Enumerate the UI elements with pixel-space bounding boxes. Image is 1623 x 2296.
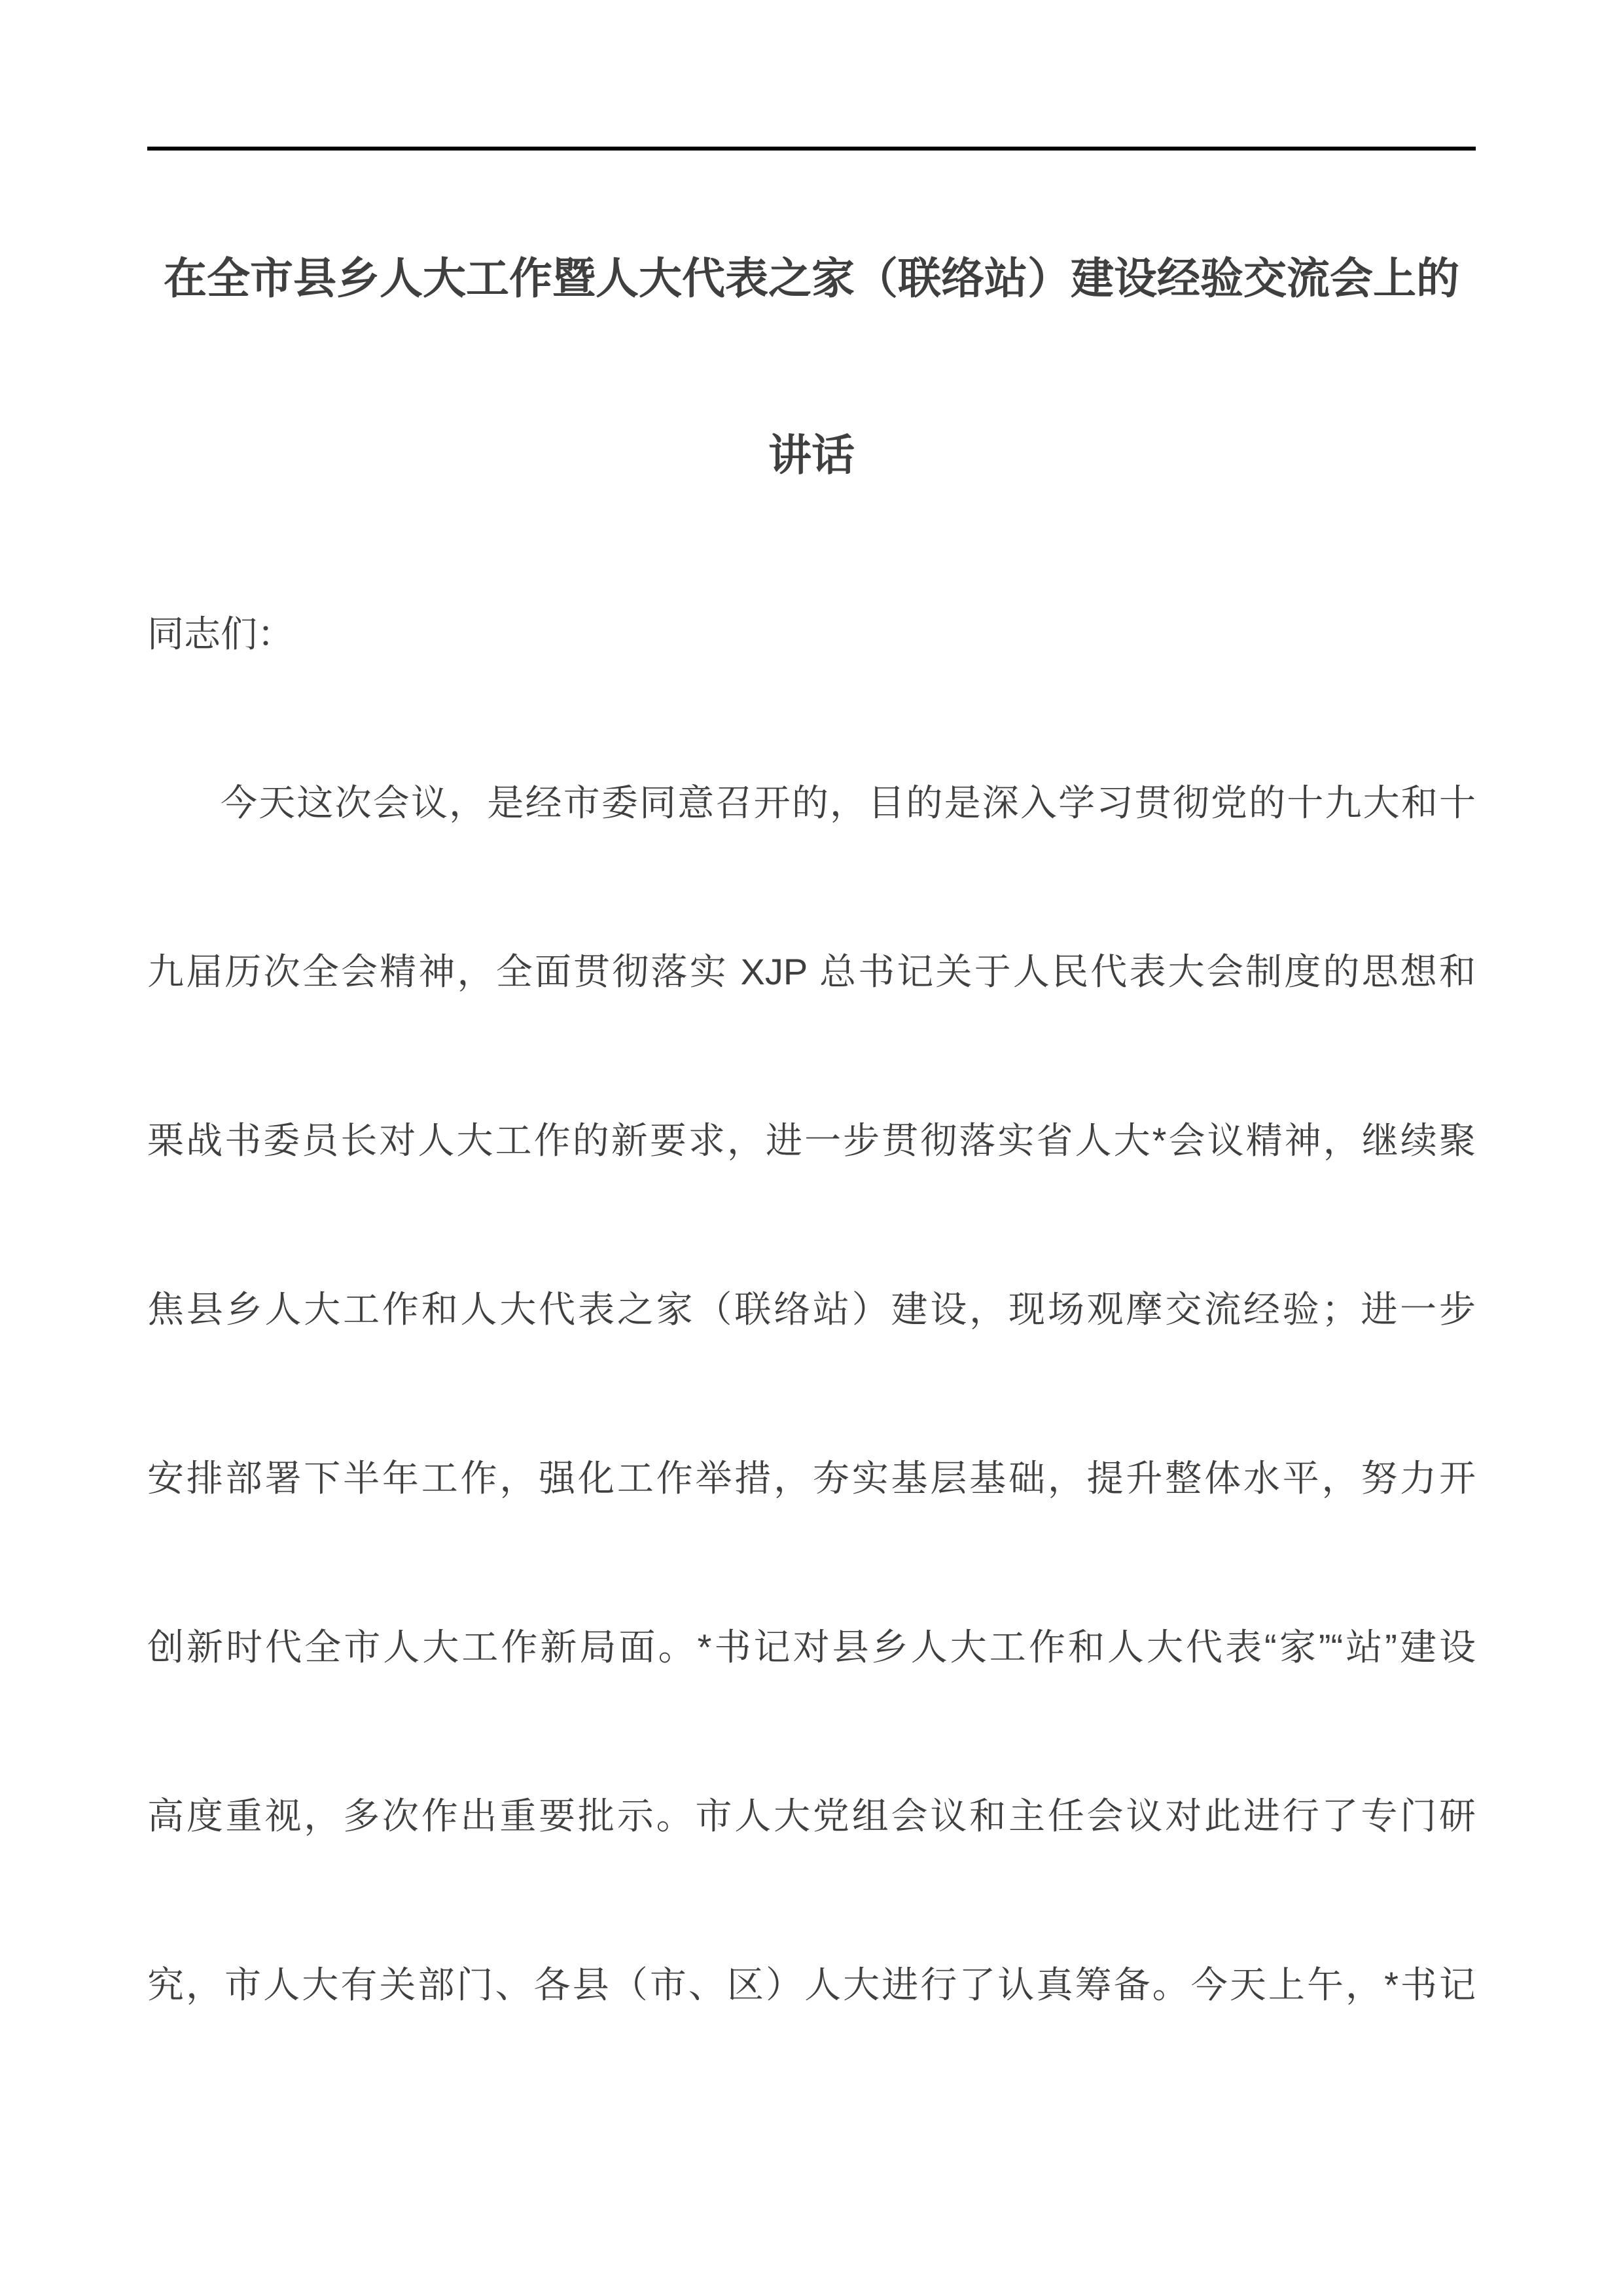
- paragraph-line: 究，市人大有关部门、各县（市、区）人大进行了认真筹备。今天上午，*书记: [147, 1901, 1476, 2070]
- document-body: 同志们： 今天这次会议，是经市委同意召开的，目的是深入学习贯彻党的十九大和十 九…: [147, 550, 1476, 2070]
- paragraph-line: 栗战书委员长对人大工作的新要求，进一步贯彻落实省人大*会议精神，继续聚: [147, 1056, 1476, 1225]
- title-line-2: 讲话: [147, 367, 1476, 543]
- paragraph-line: 今天这次会议，是经市委同意召开的，目的是深入学习贯彻党的十九大和十: [147, 719, 1476, 888]
- paragraph-line: 高度重视，多次作出重要批示。市人大党组会议和主任会议对此进行了专门研: [147, 1732, 1476, 1901]
- salutation: 同志们：: [147, 550, 1476, 719]
- paragraph-line: 安排部署下半年工作，强化工作举措，夯实基层基础，提升整体水平，努力开: [147, 1394, 1476, 1563]
- title-line-1: 在全市县乡人大工作暨人大代表之家（联络站）建设经验交流会上的: [147, 190, 1476, 367]
- document-title: 在全市县乡人大工作暨人大代表之家（联络站）建设经验交流会上的 讲话: [147, 190, 1476, 543]
- paragraph-line: 创新时代全市人大工作新局面。*书记对县乡人大工作和人大代表“家”“站”建设: [147, 1563, 1476, 1732]
- header-rule: [147, 147, 1476, 151]
- paragraph-line: 九届历次全会精神，全面贯彻落实 XJP 总书记关于人民代表大会制度的思想和: [147, 888, 1476, 1056]
- document-page: 在全市县乡人大工作暨人大代表之家（联络站）建设经验交流会上的 讲话 同志们： 今…: [0, 0, 1623, 2296]
- paragraph-line: 焦县乡人大工作和人大代表之家（联络站）建设，现场观摩交流经验；进一步: [147, 1225, 1476, 1394]
